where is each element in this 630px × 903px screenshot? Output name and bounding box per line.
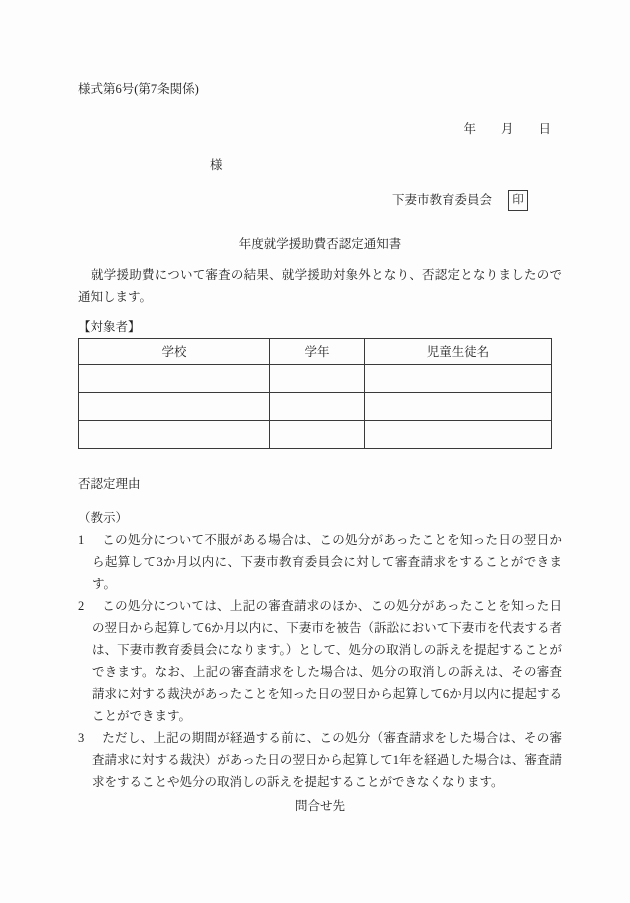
recipients-table: 学校 学年 児童生徒名 — [78, 338, 552, 449]
table-cell-empty — [365, 365, 552, 393]
notice-item-number: 2 — [78, 595, 102, 617]
seal-stamp-icon: 印 — [508, 190, 528, 211]
date-line: 年 月 日 — [78, 118, 562, 140]
addressee-honorific: 様 — [210, 154, 562, 176]
document-title: 年度就学援助費否認定通知書 — [78, 233, 562, 255]
notice-item-text: この処分については、上記の審査請求のほか、この処分があったことを知った日の翌日か… — [92, 599, 562, 723]
table-row — [79, 421, 552, 449]
table-cell-empty — [79, 393, 270, 421]
table-cell-empty — [365, 393, 552, 421]
table-header-row: 学校 学年 児童生徒名 — [79, 339, 552, 365]
notice-item-2: 2この処分については、上記の審査請求のほか、この処分があったことを知った日の翌日… — [78, 595, 562, 727]
notice-item-1: 1この処分について不服がある場合は、この処分があったことを知った日の翌日から起算… — [78, 529, 562, 595]
reason-section-label: 否認定理由 — [78, 473, 562, 495]
notice-item-number: 3 — [78, 727, 102, 749]
issuer-line: 下妻市教育委員会 印 — [78, 189, 562, 211]
form-number-label: 様式第6号(第7条関係) — [78, 78, 562, 100]
table-cell-empty — [365, 421, 552, 449]
contact-section-label: 問合せ先 — [78, 795, 562, 817]
table-cell-empty — [79, 421, 270, 449]
recipients-section-label: 【対象者】 — [78, 316, 562, 338]
column-header-student-name: 児童生徒名 — [365, 339, 552, 365]
notice-section-label: （教示） — [78, 507, 562, 529]
notice-item-3: 3ただし、上記の期間が経過する前に、この処分（審査請求をした場合は、その審査請求… — [78, 727, 562, 793]
table-cell-empty — [79, 365, 270, 393]
table-row — [79, 365, 552, 393]
table-row — [79, 393, 552, 421]
notice-item-text: ただし、上記の期間が経過する前に、この処分（審査請求をした場合は、その審査請求に… — [92, 731, 562, 789]
notice-item-text: この処分について不服がある場合は、この処分があったことを知った日の翌日から起算し… — [92, 533, 562, 591]
notice-item-number: 1 — [78, 529, 102, 551]
table-cell-empty — [270, 421, 365, 449]
issuer-name: 下妻市教育委員会 — [392, 189, 492, 211]
document-page: 様式第6号(第7条関係) 年 月 日 様 下妻市教育委員会 印 年度就学援助費否… — [0, 0, 630, 903]
body-paragraph: 就学援助費について審査の結果、就学援助対象外となり、否認定となりましたので通知し… — [78, 264, 562, 308]
column-header-grade: 学年 — [270, 339, 365, 365]
table-cell-empty — [270, 365, 365, 393]
column-header-school: 学校 — [79, 339, 270, 365]
table-cell-empty — [270, 393, 365, 421]
